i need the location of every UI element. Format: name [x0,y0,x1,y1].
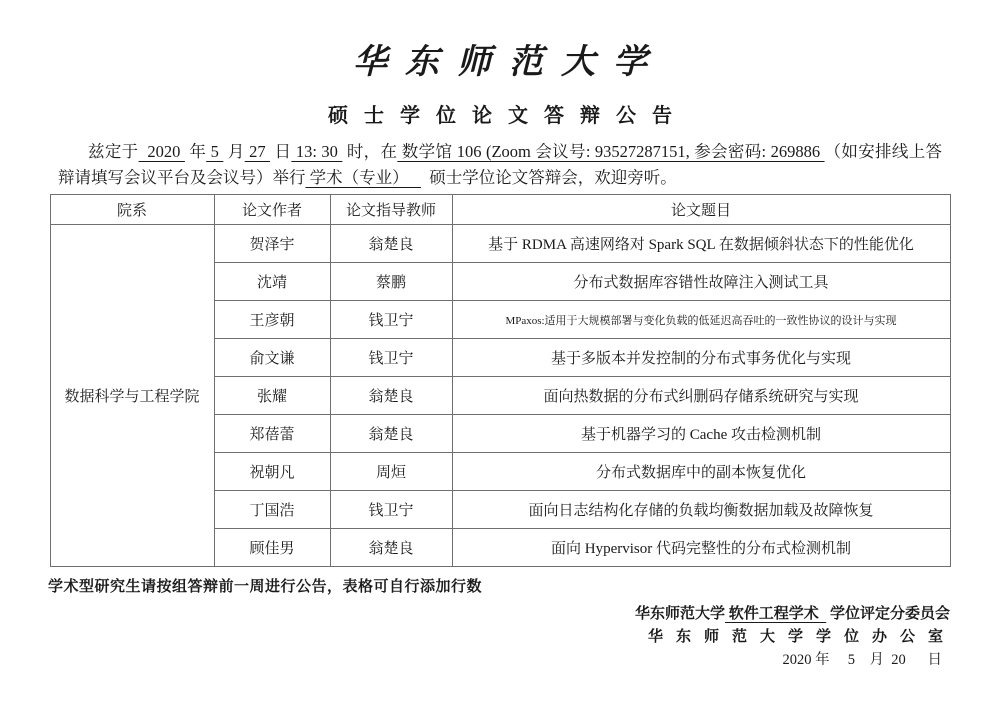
author-cell: 丁国浩 [214,491,330,529]
table-header-row: 院系 论文作者 论文指导教师 论文题目 [50,195,950,225]
committee-suffix: 学位评定分委员会 [826,606,950,622]
author-cell: 沈靖 [214,263,330,301]
announcement-paragraph: 兹定于 2020 年 5 月 27 日 13: 30 时，在 数学馆 106 (… [58,139,942,191]
committee-line: 华东师范大学 软件工程学术 学位评定分委员会 [0,603,950,626]
footer-note: 学术型研究生请按组答辩前一周进行公告，表格可自行添加行数 [48,575,1000,596]
degree-type-field: 学术（专业） [306,168,422,187]
advisor-cell: 钱卫宁 [330,491,452,529]
university-title: 华东师范大学 [0,0,1000,83]
intro-text: 日 [270,142,291,161]
intro-text: 硕士学位论文答辩会，欢迎旁听。 [421,168,677,187]
date-line: 2020 年 5 月 20 日 [0,649,950,672]
date-year-field: 2020 [139,142,185,161]
advisor-cell: 钱卫宁 [330,339,452,377]
author-cell: 郑蓓蕾 [214,415,330,453]
col-header-department: 院系 [50,195,214,225]
advisor-cell: 翁楚良 [330,529,452,567]
advisor-cell: 钱卫宁 [330,301,452,339]
time-field: 13: 30 [291,142,342,161]
defense-schedule-table: 院系 论文作者 论文指导教师 论文题目 数据科学与工程学院 贺泽宇 翁楚良 基于… [50,194,951,567]
department-cell: 数据科学与工程学院 [50,225,214,567]
intro-text: 兹定于 [88,142,139,161]
advisor-cell: 周烜 [330,453,452,491]
author-cell: 俞文谦 [214,339,330,377]
thesis-title-cell: 分布式数据库中的副本恢复优化 [452,453,950,491]
thesis-title-cell: 基于多版本并发控制的分布式事务优化与实现 [452,339,950,377]
col-header-author: 论文作者 [214,195,330,225]
thesis-title-cell: 面向热数据的分布式纠删码存储系统研究与实现 [452,377,950,415]
date-day-field: 27 [245,142,270,161]
intro-text: 年 [185,142,206,161]
announcement-title: 硕士学位论文答辩公告 [0,99,1000,128]
location-meeting-field: 数学馆 106 (Zoom 会议号: 93527287151, 参会密码: 26… [397,142,824,161]
advisor-cell: 翁楚良 [330,225,452,263]
table-row: 数据科学与工程学院 贺泽宇 翁楚良 基于 RDMA 高速网络对 Spark SQ… [50,225,950,263]
intro-text: 时，在 [342,142,397,161]
document-page: 华东师范大学 硕士学位论文答辩公告 兹定于 2020 年 5 月 27 日 13… [0,0,1000,707]
col-header-advisor: 论文指导教师 [330,195,452,225]
thesis-title-cell: 基于机器学习的 Cache 攻击检测机制 [452,415,950,453]
thesis-title-cell: 基于 RDMA 高速网络对 Spark SQL 在数据倾斜状态下的性能优化 [452,225,950,263]
date-month-field: 5 [206,142,223,161]
thesis-title-cell: 分布式数据库容错性故障注入测试工具 [452,263,950,301]
intro-text: 月 [223,142,244,161]
committee-major-field: 软件工程学术 [725,606,826,622]
author-cell: 王彦朝 [214,301,330,339]
advisor-cell: 翁楚良 [330,415,452,453]
advisor-cell: 翁楚良 [330,377,452,415]
advisor-cell: 蔡鹏 [330,263,452,301]
author-cell: 张耀 [214,377,330,415]
author-cell: 顾佳男 [214,529,330,567]
thesis-title-cell: 面向日志结构化存储的负载均衡数据加载及故障恢复 [452,491,950,529]
col-header-thesis-title: 论文题目 [452,195,950,225]
author-cell: 祝朝凡 [214,453,330,491]
office-line: 华东师范大学学位办公室 [0,626,956,649]
author-cell: 贺泽宇 [214,225,330,263]
thesis-title-cell: MPaxos:适用于大规模部署与变化负载的低延迟高吞吐的一致性协议的设计与实现 [452,301,950,339]
thesis-title-cell: 面向 Hypervisor 代码完整性的分布式检测机制 [452,529,950,567]
signature-block: 华东师范大学 软件工程学术 学位评定分委员会 华东师范大学学位办公室 2020 … [0,603,950,672]
committee-prefix: 华东师范大学 [635,606,725,622]
